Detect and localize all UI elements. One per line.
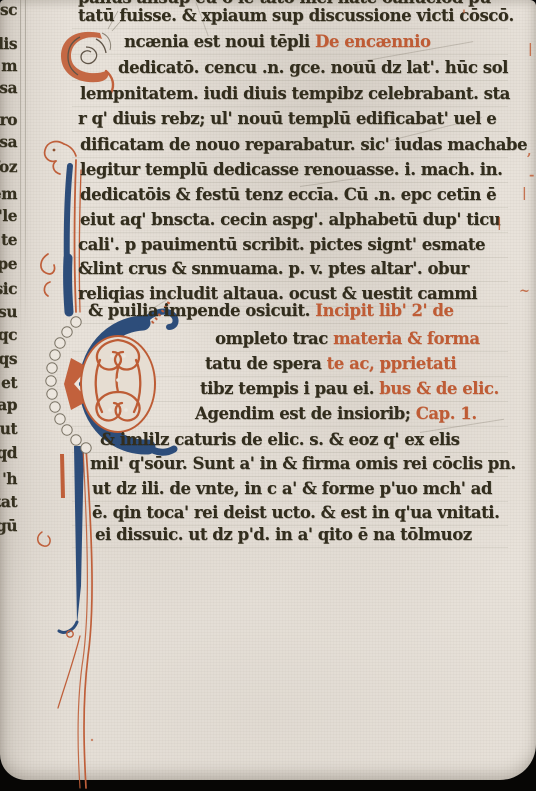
margin-correction-mark: ,: [527, 144, 532, 159]
text-line: dificatam de nouo reparabatur. sic' iuda…: [80, 137, 527, 154]
ruling-line: [72, 547, 508, 548]
rubric-text: Incipit lib' 2' de: [315, 301, 453, 320]
ink-text: ē. qin toca' rei deist ucto. & est in q'…: [92, 503, 499, 522]
text-line: tatu de spera te ac, pprietati: [205, 356, 456, 373]
facing-page-text-fragment: dis: [0, 36, 17, 52]
ink-text: & puilia impende osicuit.: [88, 301, 315, 320]
margin-correction-mark: |: [528, 42, 533, 57]
facing-page-text-fragment: p'le: [0, 208, 17, 224]
facing-page-text-fragment: Eqc: [0, 327, 17, 343]
ink-text: mil' q'sōur. Sunt a' in & firma omis rei…: [90, 454, 516, 473]
facing-page-text-fragment: ssa-: [0, 134, 17, 150]
ink-text: dedicatōis & festū tenz eccīa. Cū .n. ep…: [80, 185, 496, 204]
margin-correction-mark: ': [462, 8, 466, 23]
ink-text: tatū fuisse. & xpiaum sup discussione vi…: [78, 6, 514, 25]
ink-text: tatu de spera: [205, 354, 327, 373]
facing-page-text-fragment: m: [0, 58, 17, 74]
text-line: & puilia impende osicuit. Incipit lib' 2…: [88, 303, 454, 320]
ruling-line: [72, 131, 508, 132]
gutter-rule-line: [25, 0, 26, 330]
rubric-text: te ac, pprietati: [327, 354, 457, 373]
facing-page-text-fragment: sic: [0, 281, 17, 297]
ruling-line: [72, 54, 508, 55]
margin-correction-mark: |: [522, 186, 527, 201]
facing-page-text-fragment: tēqs: [0, 351, 17, 367]
small-initial-E: [56, 27, 124, 87]
facing-page-text-fragment: S ap: [0, 397, 17, 413]
facing-page-text-fragment: qd: [0, 445, 17, 461]
ruling-line: [72, 476, 508, 477]
ink-text: eiut aq' bnscta. cecin aspg'. alphabetū …: [80, 210, 500, 229]
text-line: ē. qin toca' rei deist ucto. & est in q'…: [92, 505, 499, 522]
facing-page-text-fragment: cut: [0, 421, 17, 437]
text-line: &lint crus & snmuama. p. v. ptes altar'.…: [78, 261, 469, 278]
text-line: ut dz ili. de vnte, in c a' & forme p'uo…: [92, 481, 492, 498]
ruling-line: [72, 257, 508, 258]
ruling-line: [72, 28, 508, 29]
ink-text: & imlilz caturis de elic. s. & eoz q' ex…: [100, 430, 460, 449]
facing-page-text-fragment: sa: [0, 80, 17, 96]
ink-text: legitur templū dedicasse renouasse. i. m…: [80, 160, 502, 179]
facing-page-text-fragment: pe: [0, 256, 17, 272]
margin-correction-mark: |: [497, 216, 502, 231]
ink-text: dificatam de nouo reparabatur. sic' iuda…: [80, 135, 527, 154]
text-line: mil' q'sōur. Sunt a' in & firma omis rei…: [90, 456, 516, 473]
facing-page-text-fragment: ro: [0, 112, 17, 128]
ink-text: &lint crus & snmuama. p. v. ptes altar'.…: [78, 259, 469, 278]
ink-text: ncænia est noui tēpli: [124, 32, 315, 51]
gutter-rule-line: [20, 0, 21, 338]
ink-text: Agendim est de insiorib;: [195, 404, 416, 423]
ruling-line: [72, 281, 508, 282]
ink-text: tibz tempis i pau ei.: [200, 379, 379, 398]
text-line: ncænia est noui tēpli De encænnio: [124, 34, 431, 51]
margin-correction-mark: ~: [519, 284, 530, 299]
ruling-line: [72, 157, 508, 158]
facing-page-text-fragment: su: [0, 304, 17, 320]
facing-page-text-fragment: h': [0, 471, 17, 487]
text-line: ompleto trac materia & forma: [215, 331, 480, 348]
facing-page-text-fragment: sc: [0, 2, 17, 18]
ink-text: ut dz ili. de vnte, in c a' & forme p'uo…: [92, 479, 492, 498]
rubric-text: materia & forma: [333, 329, 480, 348]
facing-page-text-fragment: foz: [0, 159, 17, 175]
text-line: tibz tempis i pau ei. bus & de elic.: [200, 381, 499, 398]
facing-page-text-fragment: te!: [0, 232, 17, 248]
ink-text: ompleto trac: [215, 329, 333, 348]
text-line: r q' diuis rebz; ul' nouū templū edifica…: [78, 111, 496, 128]
margin-correction-mark: -: [529, 168, 534, 183]
text-line: cali'. p pauimentū scribit. pictes signt…: [78, 237, 485, 254]
ruling-line: [72, 501, 508, 502]
facing-page-text-fragment: tem.: [0, 186, 17, 202]
ruling-line: [72, 232, 508, 233]
facing-page-text-fragment: et: [0, 375, 17, 391]
facing-page-text-fragment: stat: [0, 494, 17, 510]
rubric-text: Cap. 1.: [416, 404, 477, 423]
ruling-line: [72, 106, 508, 107]
text-line: ei dissuic. ut dz p'd. in a' qito ē na t…: [95, 527, 472, 544]
facing-page-text-fragment: agū.: [0, 518, 17, 534]
text-line: lempnitatem. iudi diuis tempibz celebrab…: [80, 86, 510, 103]
rubric-text: bus & de elic.: [379, 379, 499, 398]
ruling-line: [72, 182, 508, 183]
text-line: legitur templū dedicasse renouasse. i. m…: [80, 162, 502, 179]
ink-text: cali'. p pauimentū scribit. pictes signt…: [78, 235, 485, 254]
text-line: dedicatō. cencu .n. gce. nouū dz lat'. h…: [118, 60, 508, 77]
text-line: tatū fuisse. & xpiaum sup discussione vi…: [78, 8, 514, 25]
ink-text: ei dissuic. ut dz p'd. in a' qito ē na t…: [95, 525, 472, 544]
ink-text: lempnitatem. iudi diuis tempibz celebrab…: [80, 84, 510, 103]
rubric-text: De encænnio: [315, 32, 431, 51]
text-line: eiut aq' bnscta. cecin aspg'. alphabetū …: [80, 212, 500, 229]
ruling-line: [72, 80, 508, 81]
text-line: & imlilz caturis de elic. s. & eoz q' ex…: [100, 432, 460, 449]
ink-text: dedicatō. cencu .n. gce. nouū dz lat'. h…: [118, 58, 508, 77]
ink-text: r q' diuis rebz; ul' nouū templū edifica…: [78, 109, 496, 128]
text-line: dedicatōis & festū tenz eccīa. Cū .n. ep…: [80, 187, 496, 204]
text-line: Agendim est de insiorib; Cap. 1.: [195, 406, 477, 423]
ruling-line: [72, 207, 508, 208]
